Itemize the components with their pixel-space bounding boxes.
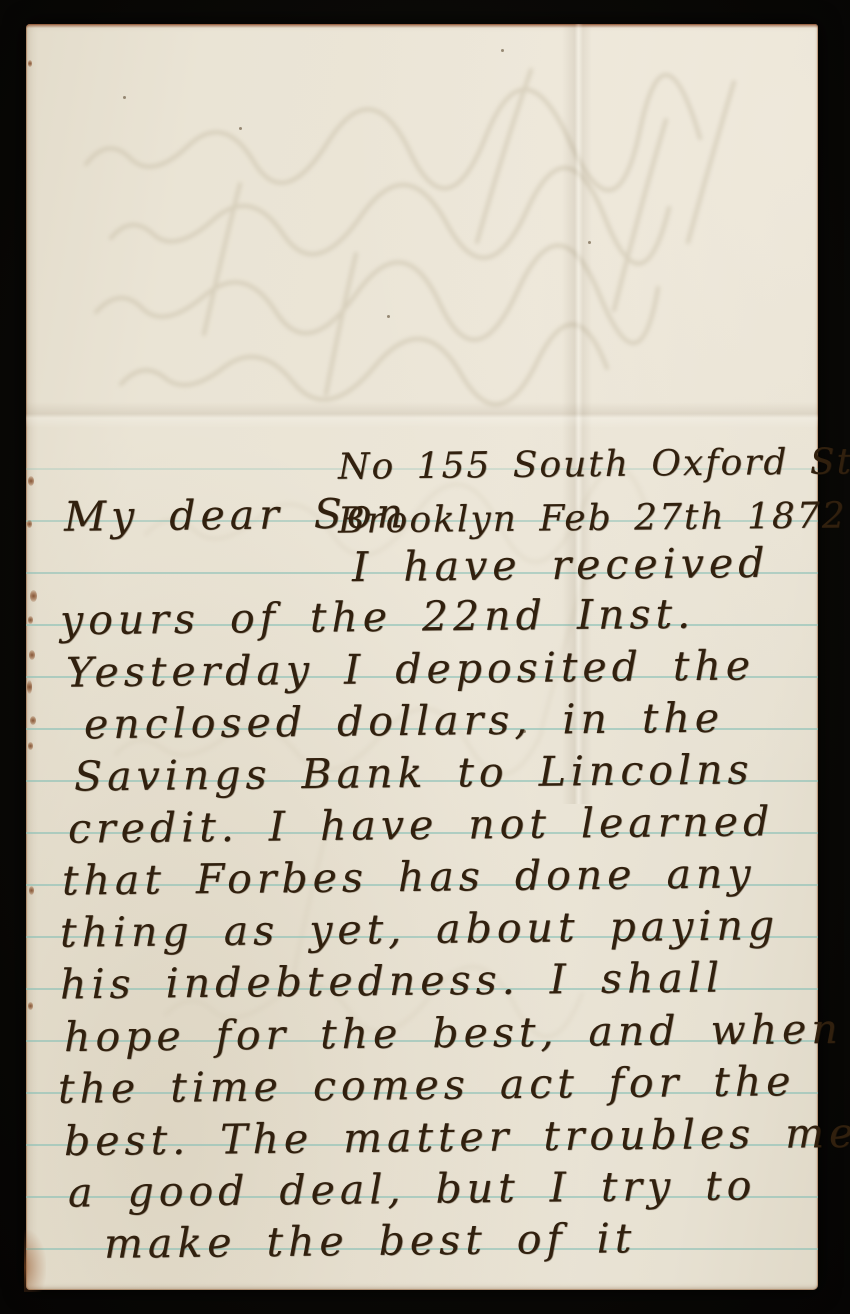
paper-speck xyxy=(123,96,126,99)
foxing-spot xyxy=(28,742,33,750)
foxing-spot xyxy=(27,680,32,694)
body-line: enclosed dollars, in the xyxy=(84,695,724,748)
body-line: his indebtedness. I shall xyxy=(60,955,724,1008)
body-line: make the best of it xyxy=(104,1215,637,1267)
foxing-spot xyxy=(28,616,33,624)
paper-speck xyxy=(387,315,390,318)
body-line: best. The matter troubles me xyxy=(64,1110,850,1164)
paper-speck xyxy=(501,49,504,52)
paper-speck xyxy=(588,241,591,244)
body-line: credit. I have not learned xyxy=(68,798,775,851)
horizontal-fold-crease xyxy=(26,402,818,428)
body-line: that Forbes has done any xyxy=(62,850,756,903)
body-line: hope for the best, and when xyxy=(64,1006,843,1060)
foxing-spot xyxy=(28,1002,33,1010)
address-line: No 155 South Oxford Str xyxy=(338,439,850,491)
foxing-spot xyxy=(28,60,32,67)
body-line: I have received xyxy=(352,540,770,590)
foxing-spot xyxy=(28,476,34,486)
foxing-spot xyxy=(29,650,35,660)
foxing-spot xyxy=(30,590,37,602)
body-line: Yesterday I deposited the xyxy=(66,642,755,695)
letter-photo: No 155 South Oxford Str My dear Son Broo… xyxy=(0,0,850,1314)
foxing-spot xyxy=(27,520,32,528)
foxing-spot xyxy=(30,716,36,725)
foxing-spot xyxy=(29,886,34,895)
date-line: Brooklyn Feb 27th 1872 xyxy=(338,493,847,544)
body-line: the time comes act for the xyxy=(58,1058,796,1112)
body-line: a good deal, but I try to xyxy=(68,1162,757,1215)
corner-smudge xyxy=(24,1230,46,1292)
body-line: yours of the 22nd Inst. xyxy=(60,591,695,644)
letter-sheet: No 155 South Oxford Str My dear Son Broo… xyxy=(26,24,818,1290)
bleed-through-writing xyxy=(26,24,818,464)
paper-speck xyxy=(239,127,242,130)
paper-edge-toning xyxy=(26,24,818,28)
body-line: thing as yet, about paying xyxy=(60,902,780,956)
body-line: Savings Bank to Lincolns xyxy=(74,746,754,799)
